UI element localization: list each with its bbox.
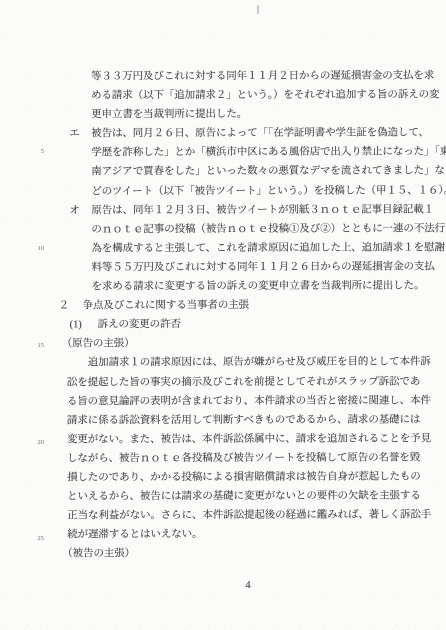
- line-text: 原告は、同年１２月３日、被告ツイートが別紙３ｎｏｔｅ記事目録記載１: [91, 204, 434, 216]
- line-text: （被告の主張）: [62, 549, 135, 560]
- list-marker: ２: [59, 296, 83, 315]
- document-line: る旨の意見論評の表明が含まれており、本件請求の当否と密接に関連し、本件: [1, 391, 446, 411]
- document-body: 等３３万円及びこれに対する同年１１月２日からの遅延損害金の支払を求める請求（以下…: [0, 66, 446, 564]
- scanned-court-document-page: 510152025 等３３万円及びこれに対する同年１１月２日からの遅延損害金の支…: [0, 0, 446, 630]
- line-text: 続が遅滞するとはいえない。: [67, 529, 202, 540]
- document-line: 学歴を詐称した」とか「横浜市中区にある風俗店で出入り禁止になった」「東: [0, 143, 446, 163]
- document-line: を求める請求に変更する旨の訴えの変更申立書を当裁判所に提出した。: [1, 276, 446, 296]
- line-text: どのツイート（以下「被告ツイート」という。）を投稿した（甲１５、１６）。: [91, 185, 446, 197]
- document-line: しながら、被告ｎｏｔｅ各投稿及び被告ツイートを投稿して原告の名誉を毀: [1, 448, 446, 468]
- line-text: 争点及びこれに関する当事者の主張: [83, 300, 249, 311]
- document-line: どのツイート（以下「被告ツイート」という。）を投稿した（甲１５、１６）。: [0, 181, 446, 201]
- document-line: 変更がない。また、被告は、本件訴訟係属中に、請求を追加されることを予見: [1, 429, 446, 449]
- line-text: 損したのであり、かかる投稿による損害賠償請求は被告自身が惹起したもの: [67, 471, 421, 483]
- line-text: 請求に係る訴訟資料を活用して判断すべきものであるから、請求の基礎には: [67, 414, 420, 426]
- document-line: 訟を提起した旨の事実の摘示及びこれを前提としてそれがスラップ訴訟であ: [1, 372, 446, 392]
- line-text: 正当な利益がない。さらに、本件訴訟提起後の経過に鑑みれば、著しく訴訟手: [67, 510, 431, 522]
- document-line: 請求に係る訴訟資料を活用して判断すべきものであるから、請求の基礎には: [1, 410, 446, 430]
- document-line: 為を構成すると主張して、これを請求原因に追加した上、追加請求１を慰謝: [0, 238, 446, 258]
- document-line: （被告の主張）: [1, 544, 446, 564]
- list-marker: エ: [69, 125, 91, 144]
- document-line: める請求（以下「追加請求２」という。）をそれぞれ追加する旨の訴えの変: [0, 86, 446, 106]
- document-line: 損したのであり、かかる投稿による損害賠償請求は被告自身が惹起したもの: [1, 467, 446, 487]
- line-text: 変更がない。また、被告は、本件訴訟係属中に、請求を追加されることを予見: [67, 433, 431, 445]
- line-text: のｎｏｔｅ記事の投稿（被告ｎｏｔｅ投稿①及び②）とともに一連の不法行: [91, 223, 445, 235]
- line-text: 南アジアで買春をした」といった数々の悪質なデマを流されてきました」な: [91, 166, 445, 178]
- line-text: 学歴を詐称した」とか「横浜市中区にある風俗店で出入り禁止になった」「東: [91, 147, 446, 159]
- line-text: 料等５５万円及びこれに対する同年１１月２６日からの遅延損害金の支払: [92, 261, 435, 273]
- line-text: める請求（以下「追加請求２」という。）をそれぞれ追加する旨の訴えの変: [91, 90, 439, 102]
- list-marker: オ: [69, 201, 91, 220]
- document-line: ２争点及びこれに関する当事者の主張: [1, 296, 446, 316]
- document-line: 料等５５万円及びこれに対する同年１１月２６日からの遅延損害金の支払: [1, 257, 446, 277]
- document-line: (1)訴えの変更の許否: [1, 315, 446, 335]
- line-text: 等３３万円及びこれに対する同年１１月２日からの遅延損害金の支払を求: [91, 70, 434, 82]
- list-marker: (1): [70, 316, 98, 335]
- line-text: しながら、被告ｎｏｔｅ各投稿及び被告ツイートを投稿して原告の名誉を毀: [67, 452, 420, 464]
- line-text: る旨の意見論評の表明が含まれており、本件請求の当否と密接に関連し、本件: [67, 395, 431, 407]
- line-text: 訴えの変更の許否: [98, 319, 181, 330]
- document-line: 等３３万円及びこれに対する同年１１月２日からの遅延損害金の支払を求: [0, 66, 446, 86]
- document-line: のｎｏｔｅ記事の投稿（被告ｎｏｔｅ投稿①及び②）とともに一連の不法行: [0, 219, 446, 239]
- line-text: 為を構成すると主張して、これを請求原因に追加した上、追加請求１を慰謝: [91, 242, 444, 254]
- document-line: といえるから、被告には請求の基礎に変更がないとの要件の欠缺を主張する: [1, 486, 446, 506]
- line-text: を求める請求に変更する旨の訴えの変更申立書を当裁判所に提出した。: [92, 281, 425, 293]
- page-number: 4: [238, 580, 258, 591]
- document-line: エ被告は、同月２６日、原告によって「「在学証明書や学生証を偽造して、: [0, 124, 446, 144]
- line-text: 追加請求１の請求原因には、原告が嫌がらせ及び威圧を目的として本件訴: [88, 357, 431, 369]
- document-line: 正当な利益がない。さらに、本件訴訟提起後の経過に鑑みれば、著しく訴訟手: [1, 506, 446, 526]
- scan-smudge: [257, 5, 259, 14]
- document-line: 南アジアで買春をした」といった数々の悪質なデマを流されてきました」な: [0, 162, 446, 182]
- document-line: オ原告は、同年１２月３日、被告ツイートが別紙３ｎｏｔｅ記事目録記載１: [0, 200, 446, 220]
- line-text: 被告は、同月２６日、原告によって「「在学証明書や学生証を偽造して、: [91, 128, 429, 140]
- line-text: といえるから、被告には請求の基礎に変更がないとの要件の欠缺を主張する: [67, 491, 421, 503]
- line-text: 更申立書を当裁判所に提出した。: [91, 109, 247, 120]
- document-line: 追加請求１の請求原因には、原告が嫌がらせ及び威圧を目的として本件訴: [1, 353, 446, 373]
- line-text: 訟を提起した旨の事実の摘示及びこれを前提としてそれがスラップ訴訟であ: [67, 376, 420, 388]
- document-line: 続が遅滞するとはいえない。: [1, 525, 446, 545]
- document-line: （原告の主張）: [1, 334, 446, 354]
- line-text: （原告の主張）: [62, 339, 135, 350]
- document-line: 更申立書を当裁判所に提出した。: [0, 105, 446, 125]
